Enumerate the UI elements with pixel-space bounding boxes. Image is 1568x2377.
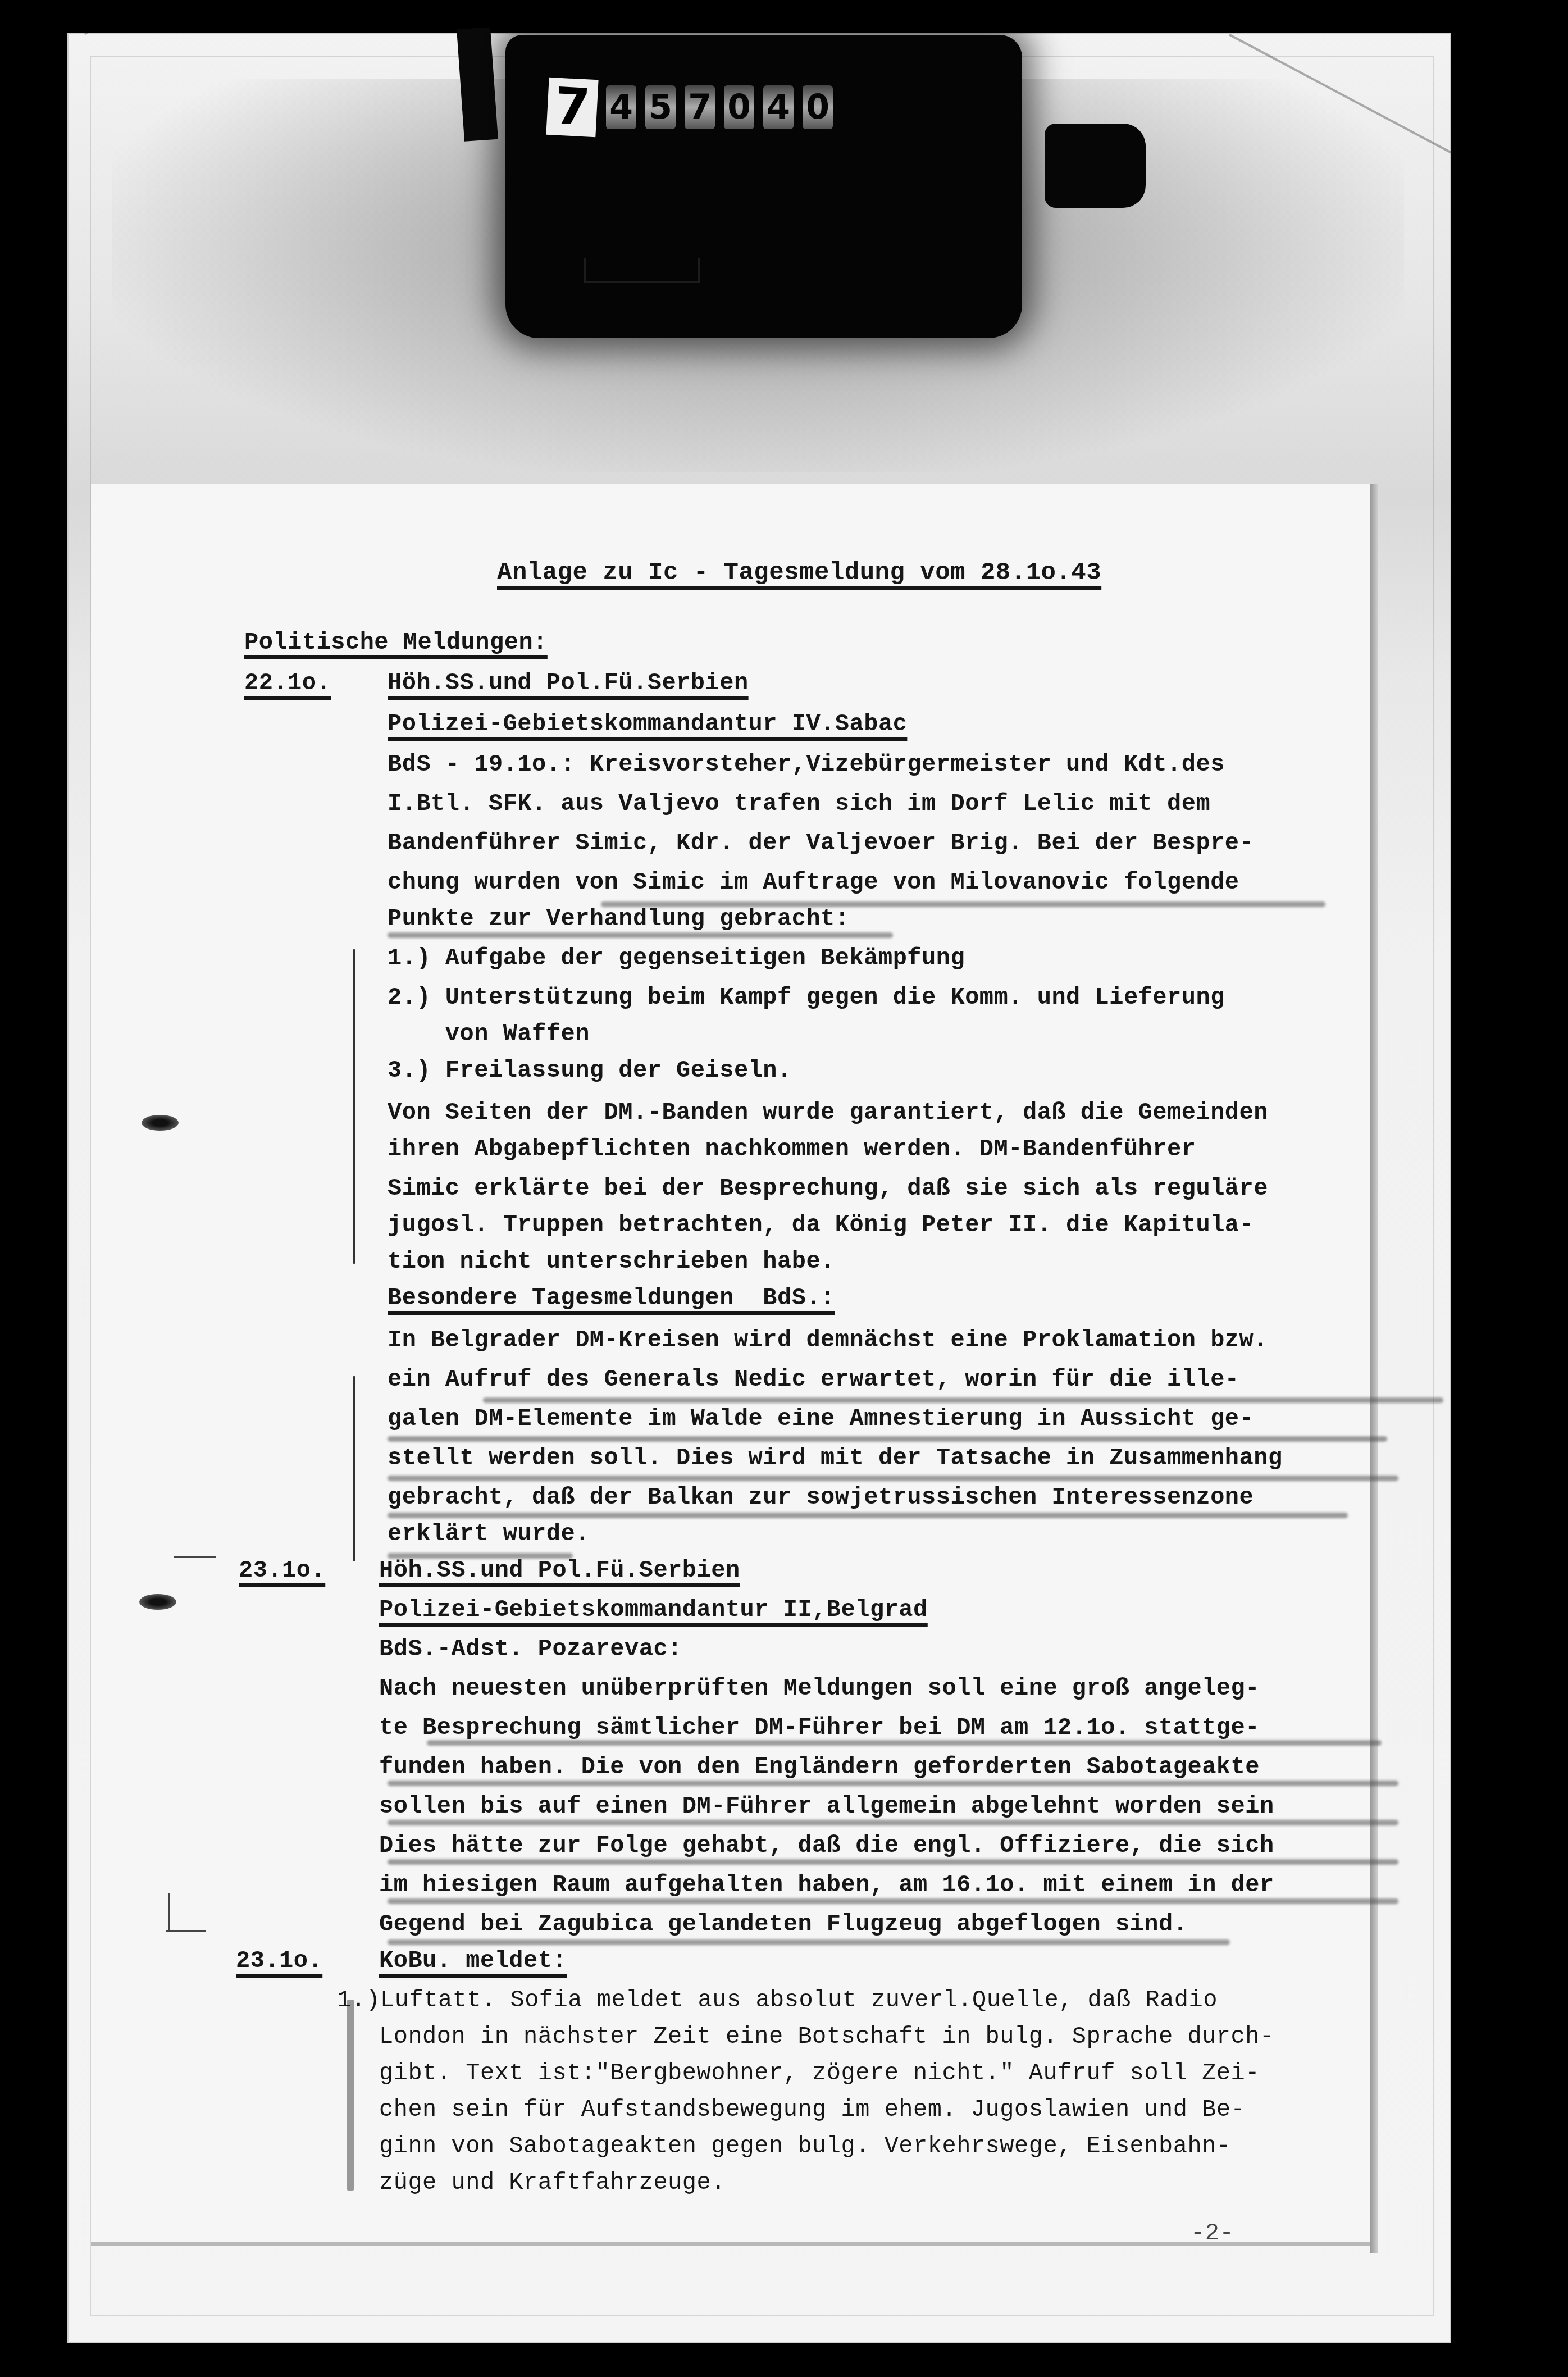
entry-date: 22.1o. bbox=[244, 671, 331, 695]
entry-subunit: Polizei-Gebietskommandantur IV.Sabac bbox=[388, 712, 907, 736]
pencil-underline bbox=[388, 1781, 1398, 1786]
entry-date: 23.1o. bbox=[236, 1949, 322, 1973]
frame-counter-readout: 7 4 5 7 0 4 0 bbox=[548, 79, 833, 136]
pencil-underline bbox=[388, 1513, 1348, 1518]
counter-digit: 5 bbox=[645, 85, 676, 129]
text-line: sollen bis auf einen DM-Führer allgemein… bbox=[379, 1795, 1274, 1818]
pencil-underline bbox=[483, 1397, 1443, 1403]
counter-digit: 0 bbox=[724, 85, 754, 129]
margin-line bbox=[353, 949, 355, 1264]
text-line: tion nicht unterschrieben habe. bbox=[388, 1250, 835, 1273]
pencil-underline bbox=[388, 1859, 1398, 1865]
text-line: stellt werden soll. Dies wird mit der Ta… bbox=[388, 1446, 1283, 1470]
entry-unit: Höh.SS.und Pol.Fü.Serbien bbox=[379, 1559, 740, 1582]
entry-subunit: Polizei-Gebietskommandantur II,Belgrad bbox=[379, 1598, 928, 1622]
text-line: ein Aufruf des Generals Nedic erwartet, … bbox=[388, 1368, 1239, 1391]
text-line: Punkte zur Verhandlung gebracht: bbox=[388, 907, 850, 931]
entry-unit: Höh.SS.und Pol.Fü.Serbien bbox=[388, 671, 749, 695]
document-title: Anlage zu Ic - Tagesmeldung vom 28.1o.43 bbox=[497, 561, 1101, 585]
pencil-underline bbox=[388, 1820, 1398, 1825]
text-line: chen sein für Aufstandsbewegung im ehem.… bbox=[379, 2098, 1245, 2121]
counter-prefix: 7 bbox=[546, 78, 598, 137]
text-line: London in nächster Zeit eine Botschaft i… bbox=[379, 2025, 1274, 2048]
text-line: In Belgrader DM-Kreisen wird demnächst e… bbox=[388, 1328, 1268, 1352]
text-line: te Besprechung sämtlicher DM-Führer bei … bbox=[379, 1716, 1260, 1740]
pencil-underline bbox=[388, 1436, 1387, 1442]
text-line: Bandenführer Simic, Kdr. der Valjevoer B… bbox=[388, 831, 1254, 855]
text-line: gebracht, daß der Balkan zur sowjetrussi… bbox=[388, 1486, 1254, 1509]
text-line: BdS - 19.1o.: Kreisvorsteher,Vizebürgerm… bbox=[388, 753, 1225, 776]
page-marker: -2- bbox=[1191, 2221, 1234, 2245]
margin-line bbox=[353, 1376, 355, 1561]
margin-tick bbox=[174, 1556, 216, 1558]
counter-slot bbox=[584, 258, 700, 283]
punch-hole bbox=[139, 1594, 176, 1610]
entry-date: 23.1o. bbox=[239, 1559, 325, 1582]
text-line: im hiesigen Raum aufgehalten haben, am 1… bbox=[379, 1873, 1274, 1897]
margin-pencil-line bbox=[347, 2000, 354, 2191]
text-line: erklärt wurde. bbox=[388, 1522, 590, 1546]
counter-digit: 7 bbox=[685, 85, 715, 129]
section-heading: Politische Meldungen: bbox=[244, 631, 548, 654]
text-line: Gegend bei Zagubica gelandeten Flugzeug … bbox=[379, 1912, 1187, 1936]
text-line: I.Btl. SFK. aus Valjevo trafen sich im D… bbox=[388, 792, 1210, 816]
punch-hole bbox=[142, 1115, 179, 1131]
text-line: ginn von Sabotageakten gegen bulg. Verke… bbox=[379, 2134, 1231, 2158]
text-line: chung wurden von Simic im Auftrage von M… bbox=[388, 871, 1239, 894]
text-line: gibt. Text ist:"Bergbewohner, zögere nic… bbox=[379, 2061, 1260, 2085]
text-line: Nach neuesten unüberprüften Meldungen so… bbox=[379, 1677, 1260, 1700]
text-line: Simic erklärte bei der Besprechung, daß … bbox=[388, 1177, 1268, 1200]
counter-digit: 0 bbox=[803, 85, 833, 129]
text-line: galen DM-Elemente im Walde eine Amnestie… bbox=[388, 1407, 1254, 1431]
counter-digit: 4 bbox=[606, 85, 636, 129]
text-line: jugosl. Truppen betrachten, da König Pet… bbox=[388, 1213, 1254, 1237]
point-item: von Waffen bbox=[388, 1022, 590, 1046]
text-line: züge und Kraftfahrzeuge. bbox=[379, 2171, 726, 2194]
counter-knob bbox=[1045, 124, 1146, 208]
pencil-underline bbox=[388, 1476, 1398, 1481]
point-item: 3.) Freilassung der Geiseln. bbox=[388, 1059, 792, 1082]
special-heading: Besondere Tagesmeldungen BdS.: bbox=[388, 1286, 835, 1310]
document-sheet bbox=[91, 484, 1370, 2246]
text-line: Dies hätte zur Folge gehabt, daß die eng… bbox=[379, 1834, 1274, 1857]
pencil-underline bbox=[388, 932, 893, 938]
text-line: 1.)Luftatt. Sofia meldet aus absolut zuv… bbox=[337, 1988, 1218, 2012]
pencil-underline bbox=[388, 1898, 1398, 1904]
entry-source: BdS.-Adst. Pozarevac: bbox=[379, 1637, 682, 1661]
text-line: funden haben. Die von den Engländern gef… bbox=[379, 1755, 1260, 1779]
margin-tick bbox=[168, 1893, 170, 1932]
document-edge bbox=[1370, 484, 1378, 2253]
margin-tick bbox=[166, 1930, 206, 1932]
text-line: ihren Abgabepflichten nachkommen werden.… bbox=[388, 1137, 1196, 1161]
pencil-underline bbox=[388, 1939, 1230, 1945]
text-line: Von Seiten der DM.-Banden wurde garantie… bbox=[388, 1101, 1268, 1124]
point-item: 2.) Unterstützung beim Kampf gegen die K… bbox=[388, 986, 1225, 1009]
counter-digit: 4 bbox=[763, 85, 794, 129]
entry-unit: KoBu. meldet: bbox=[379, 1949, 567, 1973]
point-item: 1.) Aufgabe der gegenseitigen Bekämpfung bbox=[388, 946, 965, 970]
